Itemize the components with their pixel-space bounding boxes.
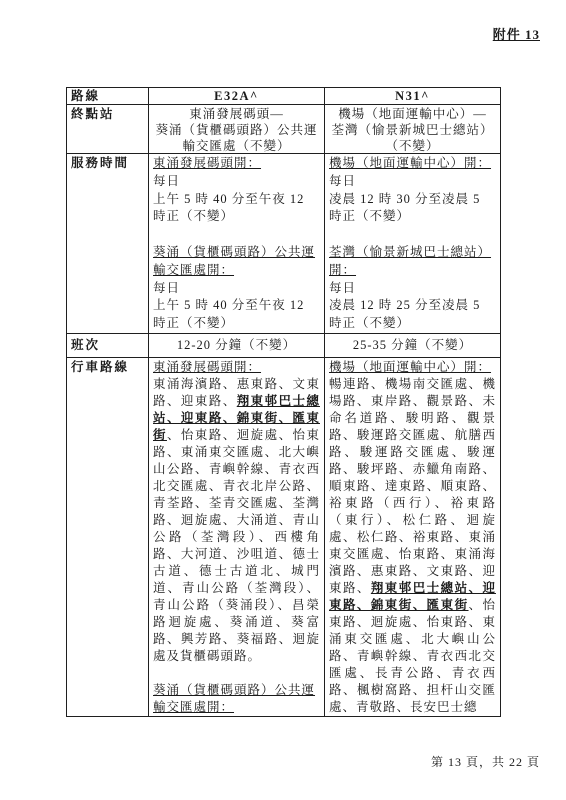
blank-line [153,226,320,244]
route-segment: 、怡東路、迴旋處、怡東路、東涌東交匯處、北大嶼山公路、青嶼幹線、青衣西北交匯處、… [329,598,496,714]
service-e32a-cell: 東涌發展碼頭開： 每日 上午 5 時 40 分至午夜 12 時正（不變） 葵涌（… [149,154,325,334]
text-line: 上午 5 時 40 分至午夜 12 時正（不變） [153,191,320,227]
page-number: 第 13 頁，共 22 頁 [431,753,540,770]
text-line: 荃灣（愉景新城巴士總站） [329,122,496,138]
service-label-cell: 服務時間 [67,154,149,334]
route-number-row: 路線 E32A^ N31^ [67,88,501,105]
frequency-e32a-value: 12-20 分鐘（不變） [153,335,320,356]
text-line: 荃灣（愉景新城巴士總站）開： [329,244,496,280]
e32a-route-number: E32A^ [153,89,320,103]
blank-line [153,665,320,682]
text-line: 機場（地面運輸中心）開： [329,359,496,376]
text-line: 葵涌（貨櫃碼頭路）公共運輸交匯處開： [153,682,320,715]
frequency-n31-cell: 25-35 分鐘（不變） [325,334,501,358]
route-desc-label: 行車路線 [71,359,144,715]
text-line: （不變） [329,138,496,152]
frequency-e32a-cell: 12-20 分鐘（不變） [149,334,325,358]
text-line: 東涌發展碼頭開： [153,359,320,376]
text-line: 每日 [329,280,496,298]
text-line: 機場（地面運輸中心）開： [329,155,496,173]
route-desc-n31-cell: 機場（地面運輸中心）開： 暢連路、機場南交匯處、機場路、東岸路、觀景路、未命名道… [325,358,501,717]
bus-route-table: 路線 E32A^ N31^ 終點站 東涌發展碼頭— 葵涌（貨櫃碼頭路）公共運輸交… [66,87,501,717]
text-line: 機場（地面運輸中心）— [329,106,496,122]
n31-route-number: N31^ [329,89,496,103]
service-hours-row: 服務時間 東涌發展碼頭開： 每日 上午 5 時 40 分至午夜 12 時正（不變… [67,154,501,334]
text-line: 凌晨 12 時 25 分至凌晨 5 時正（不變） [329,297,496,332]
document-page: 附件 13 路線 E32A^ N31^ 終點站 東涌發展碼頭— [0,0,566,800]
terminus-e32a-cell: 東涌發展碼頭— 葵涌（貨櫃碼頭路）公共運輸交匯處（不變） [149,105,325,154]
text-line: 凌晨 12 時 30 分至凌晨 5 時正（不變） [329,191,496,227]
route-desc-label-cell: 行車路線 [67,358,149,717]
frequency-label-cell: 班次 [67,334,149,358]
text-line: 東涌發展碼頭開： [153,155,320,173]
blank-line [329,226,496,244]
route-label: 路線 [71,89,144,103]
appendix-label: 附件 13 [493,24,540,43]
route-description-row: 行車路線 東涌發展碼頭開： 東涌海濱路、惠東路、文東路、迎東路、翔東邨巴士總站、… [67,358,501,717]
terminus-label: 終點站 [71,106,144,152]
frequency-label: 班次 [71,335,144,356]
service-n31-cell: 機場（地面運輸中心）開： 每日 凌晨 12 時 30 分至凌晨 5 時正（不變）… [325,154,501,334]
text-line: 每日 [153,280,320,298]
text-line: 每日 [153,173,320,191]
terminus-label-cell: 終點站 [67,105,149,154]
route-segment: 、怡東路、迴旋處、怡東路、東涌東交匯處、北大嶼山公路、青嶼幹線、青衣西北交匯處、… [153,428,320,663]
route-text: 暢連路、機場南交匯處、機場路、東岸路、觀景路、未命名道路、駿明路、觀景路、駿運路… [329,376,496,715]
terminus-n31-cell: 機場（地面運輸中心）— 荃灣（愉景新城巴士總站） （不變） [325,105,501,154]
route-segment: 暢連路、機場南交匯處、機場路、東岸路、觀景路、未命名道路、駿明路、觀景路、駿運路… [329,377,496,595]
frequency-n31-value: 25-35 分鐘（不變） [329,335,496,356]
text-line: 上午 5 時 40 分至午夜 12 時正（不變） [153,297,320,332]
text-line: 葵涌（貨櫃碼頭路）公共運輸交匯處（不變） [153,122,320,152]
route-text: 東涌海濱路、惠東路、文東路、迎東路、翔東邨巴士總站、迎東路、錦東街、匯東街、怡東… [153,376,320,665]
route-desc-e32a-cell: 東涌發展碼頭開： 東涌海濱路、惠東路、文東路、迎東路、翔東邨巴士總站、迎東路、錦… [149,358,325,717]
e32a-header-cell: E32A^ [149,88,325,105]
n31-header-cell: N31^ [325,88,501,105]
text-line: 葵涌（貨櫃碼頭路）公共運輸交匯處開： [153,244,320,280]
route-label-cell: 路線 [67,88,149,105]
terminus-row: 終點站 東涌發展碼頭— 葵涌（貨櫃碼頭路）公共運輸交匯處（不變） 機場（地面運輸… [67,105,501,154]
service-hours-label: 服務時間 [71,155,144,332]
frequency-row: 班次 12-20 分鐘（不變） 25-35 分鐘（不變） [67,334,501,358]
text-line: 東涌發展碼頭— [153,106,320,122]
text-line: 每日 [329,173,496,191]
